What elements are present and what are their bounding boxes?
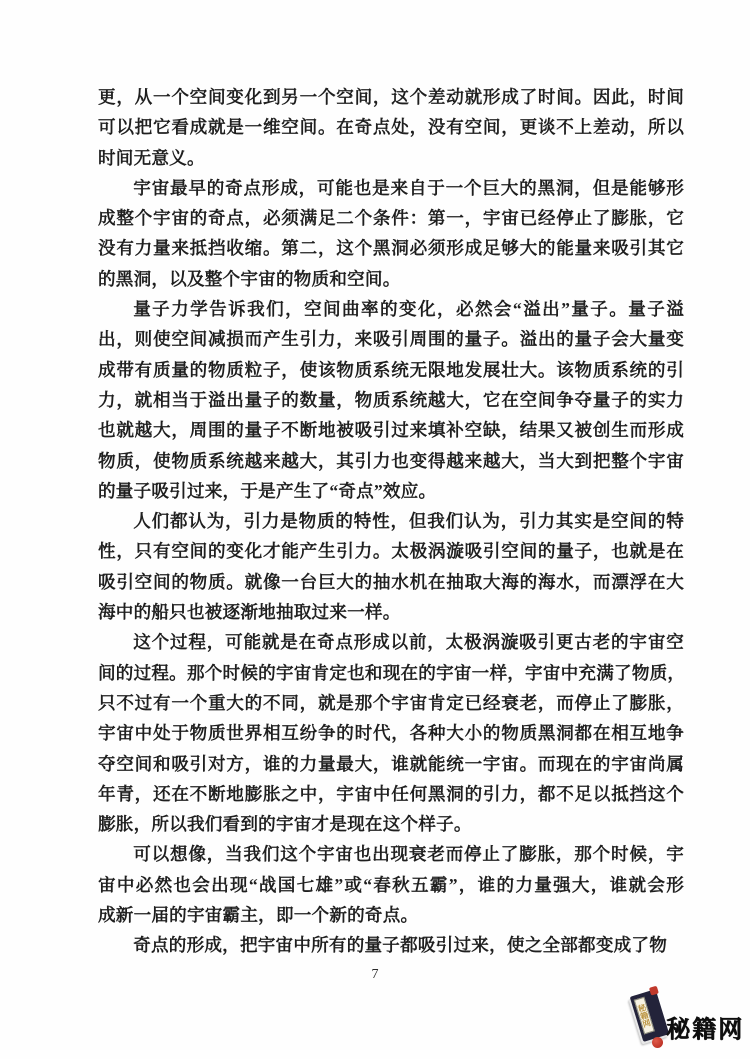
document-page: 更，从一个空间变化到另一个空间，这个差动就形成了时间。因此，时间可以把它看成就是…	[0, 0, 750, 1059]
text-line: 的黑洞，以及整个宇宙的物质和空间。	[98, 264, 684, 294]
text-line: 宇宙最早的奇点形成，可能也是来自于一个巨大的黑洞，但是能够形	[98, 173, 684, 203]
red-seal-icon	[652, 1037, 663, 1048]
text-line: 更，从一个空间变化到另一个空间，这个差动就形成了时间。因此，时间	[98, 82, 684, 112]
text-line: 间的过程。那个时候的宇宙肯定也和现在的宇宙一样，宇宙中充满了物质，	[98, 658, 684, 688]
text-block: 更，从一个空间变化到另一个空间，这个差动就形成了时间。因此，时间可以把它看成就是…	[98, 82, 684, 961]
text-line: 也就越大，周围的量子不断地被吸引过来填补空缺，结果又被创生而形成	[98, 415, 684, 445]
text-line: 吸引空间的物质。就像一台巨大的抽水机在抽取大海的海水，而漂浮在大	[98, 567, 684, 597]
text-line: 成新一届的宇宙霸主，即一个新的奇点。	[98, 900, 684, 930]
book-icon: 秘籍网	[630, 989, 670, 1042]
text-line: 年青，还在不断地膨胀之中，宇宙中任何黑洞的引力，都不足以抵挡这个	[98, 779, 684, 809]
text-line: 成整个宇宙的奇点，必须满足二个条件：第一，宇宙已经停止了膨胀，它	[98, 203, 684, 233]
text-line: 宇宙中处于物质世界相互纷争的时代，各种大小的物质黑洞都在相互地争	[98, 718, 684, 748]
text-line: 可以把它看成就是一维空间。在奇点处，没有空间，更谈不上差动，所以	[98, 112, 684, 142]
watermark-brand: 秘籍网	[666, 1015, 744, 1047]
text-line: 成带有质量的物质粒子，使该物质系统无限地发展壮大。该物质系统的引	[98, 355, 684, 385]
text-line: 只不过有一个重大的不同，就是那个宇宙肯定已经衰老，而停止了膨胀，	[98, 688, 684, 718]
book-title-slip: 秘籍网	[634, 997, 655, 1035]
watermark: 秘籍网 秘籍网	[620, 975, 745, 1055]
text-line: 量子力学告诉我们，空间曲率的变化，必然会“溢出”量子。量子溢	[98, 294, 684, 324]
text-line: 物质，使物质系统越来越大，其引力也变得越来越大，当大到把整个宇宙	[98, 446, 684, 476]
text-line: 时间无意义。	[98, 143, 684, 173]
text-line: 可以想像，当我们这个宇宙也出现衰老而停止了膨胀，那个时候，宇	[98, 839, 684, 869]
text-line: 没有力量来抵挡收缩。第二，这个黑洞必须形成足够大的能量来吸引其它	[98, 233, 684, 263]
text-line: 这个过程，可能就是在奇点形成以前，太极涡漩吸引更古老的宇宙空	[98, 627, 684, 657]
text-line: 奇点的形成，把宇宙中所有的量子都吸引过来，使之全部都变成了物	[98, 930, 684, 960]
text-line: 人们都认为，引力是物质的特性，但我们认为，引力其实是空间的特	[98, 506, 684, 536]
text-line: 力，就相当于溢出量子的数量，物质系统越大，它在空间争夺量子的实力	[98, 385, 684, 415]
book-corner-seal-icon	[649, 986, 659, 996]
text-line: 夺空间和吸引对方，谁的力量最大，谁就能统一宇宙。而现在的宇宙尚属	[98, 749, 684, 779]
text-line: 性，只有空间的变化才能产生引力。太极涡漩吸引空间的量子，也就是在	[98, 536, 684, 566]
text-line: 出，则使空间减损而产生引力，来吸引周围的量子。溢出的量子会大量变	[98, 324, 684, 354]
text-line: 海中的船只也被逐渐地抽取过来一样。	[98, 597, 684, 627]
text-line: 宙中必然也会出现“战国七雄”或“春秋五霸”，谁的力量强大，谁就会形	[98, 870, 684, 900]
text-line: 的量子吸引过来，于是产生了“奇点”效应。	[98, 476, 684, 506]
text-line: 膨胀，所以我们看到的宇宙才是现在这个样子。	[98, 809, 684, 839]
